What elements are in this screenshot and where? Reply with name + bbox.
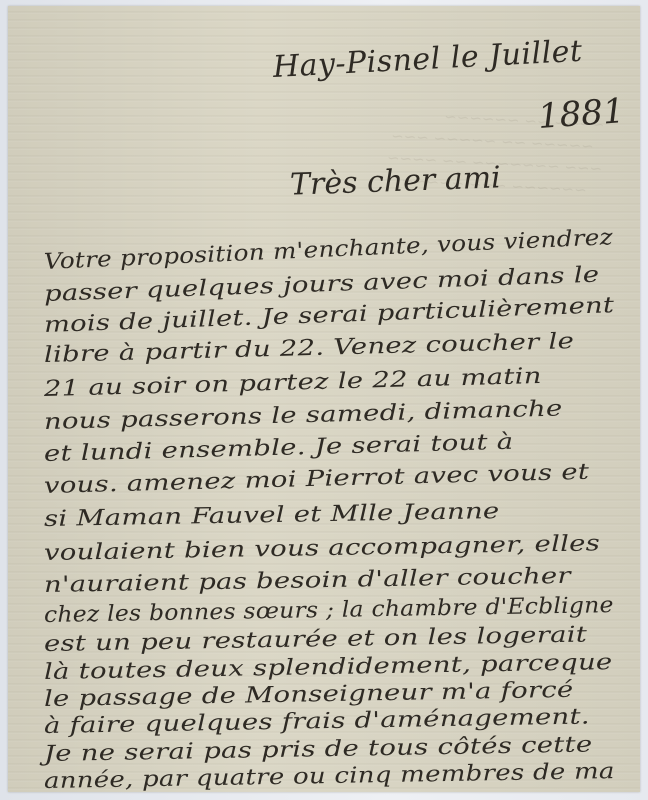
body-line: et lundi ensemble. Je serai tout à <box>44 430 514 467</box>
body-line: 21 au soir on partez le 22 au matin <box>44 364 542 402</box>
body-line: nous passerons le samedi, dimanche <box>44 396 563 435</box>
letter-salutation: Très cher ami <box>289 160 501 202</box>
letter-paper: ~~~~ ~~ ~~~~~~ ~~~~~ ~~ ~~~~~ ~~~ ~~~ ~~… <box>8 6 640 792</box>
letter-place-date: Hay-Pisnel le Juillet <box>272 34 583 85</box>
scanned-page: ~~~~ ~~ ~~~~~~ ~~~~~ ~~ ~~~~~ ~~~ ~~~ ~~… <box>0 0 648 800</box>
body-line: si Maman Fauvel et Mlle Jeanne <box>44 499 500 532</box>
body-line: n'auraient pas besoin d'aller coucher <box>44 564 571 598</box>
body-line: voulaient bien vous accompagner, elles <box>44 531 600 566</box>
body-line: vous. amenez moi Pierrot avec vous et <box>44 460 590 499</box>
letter-year: 1881 <box>537 91 626 137</box>
